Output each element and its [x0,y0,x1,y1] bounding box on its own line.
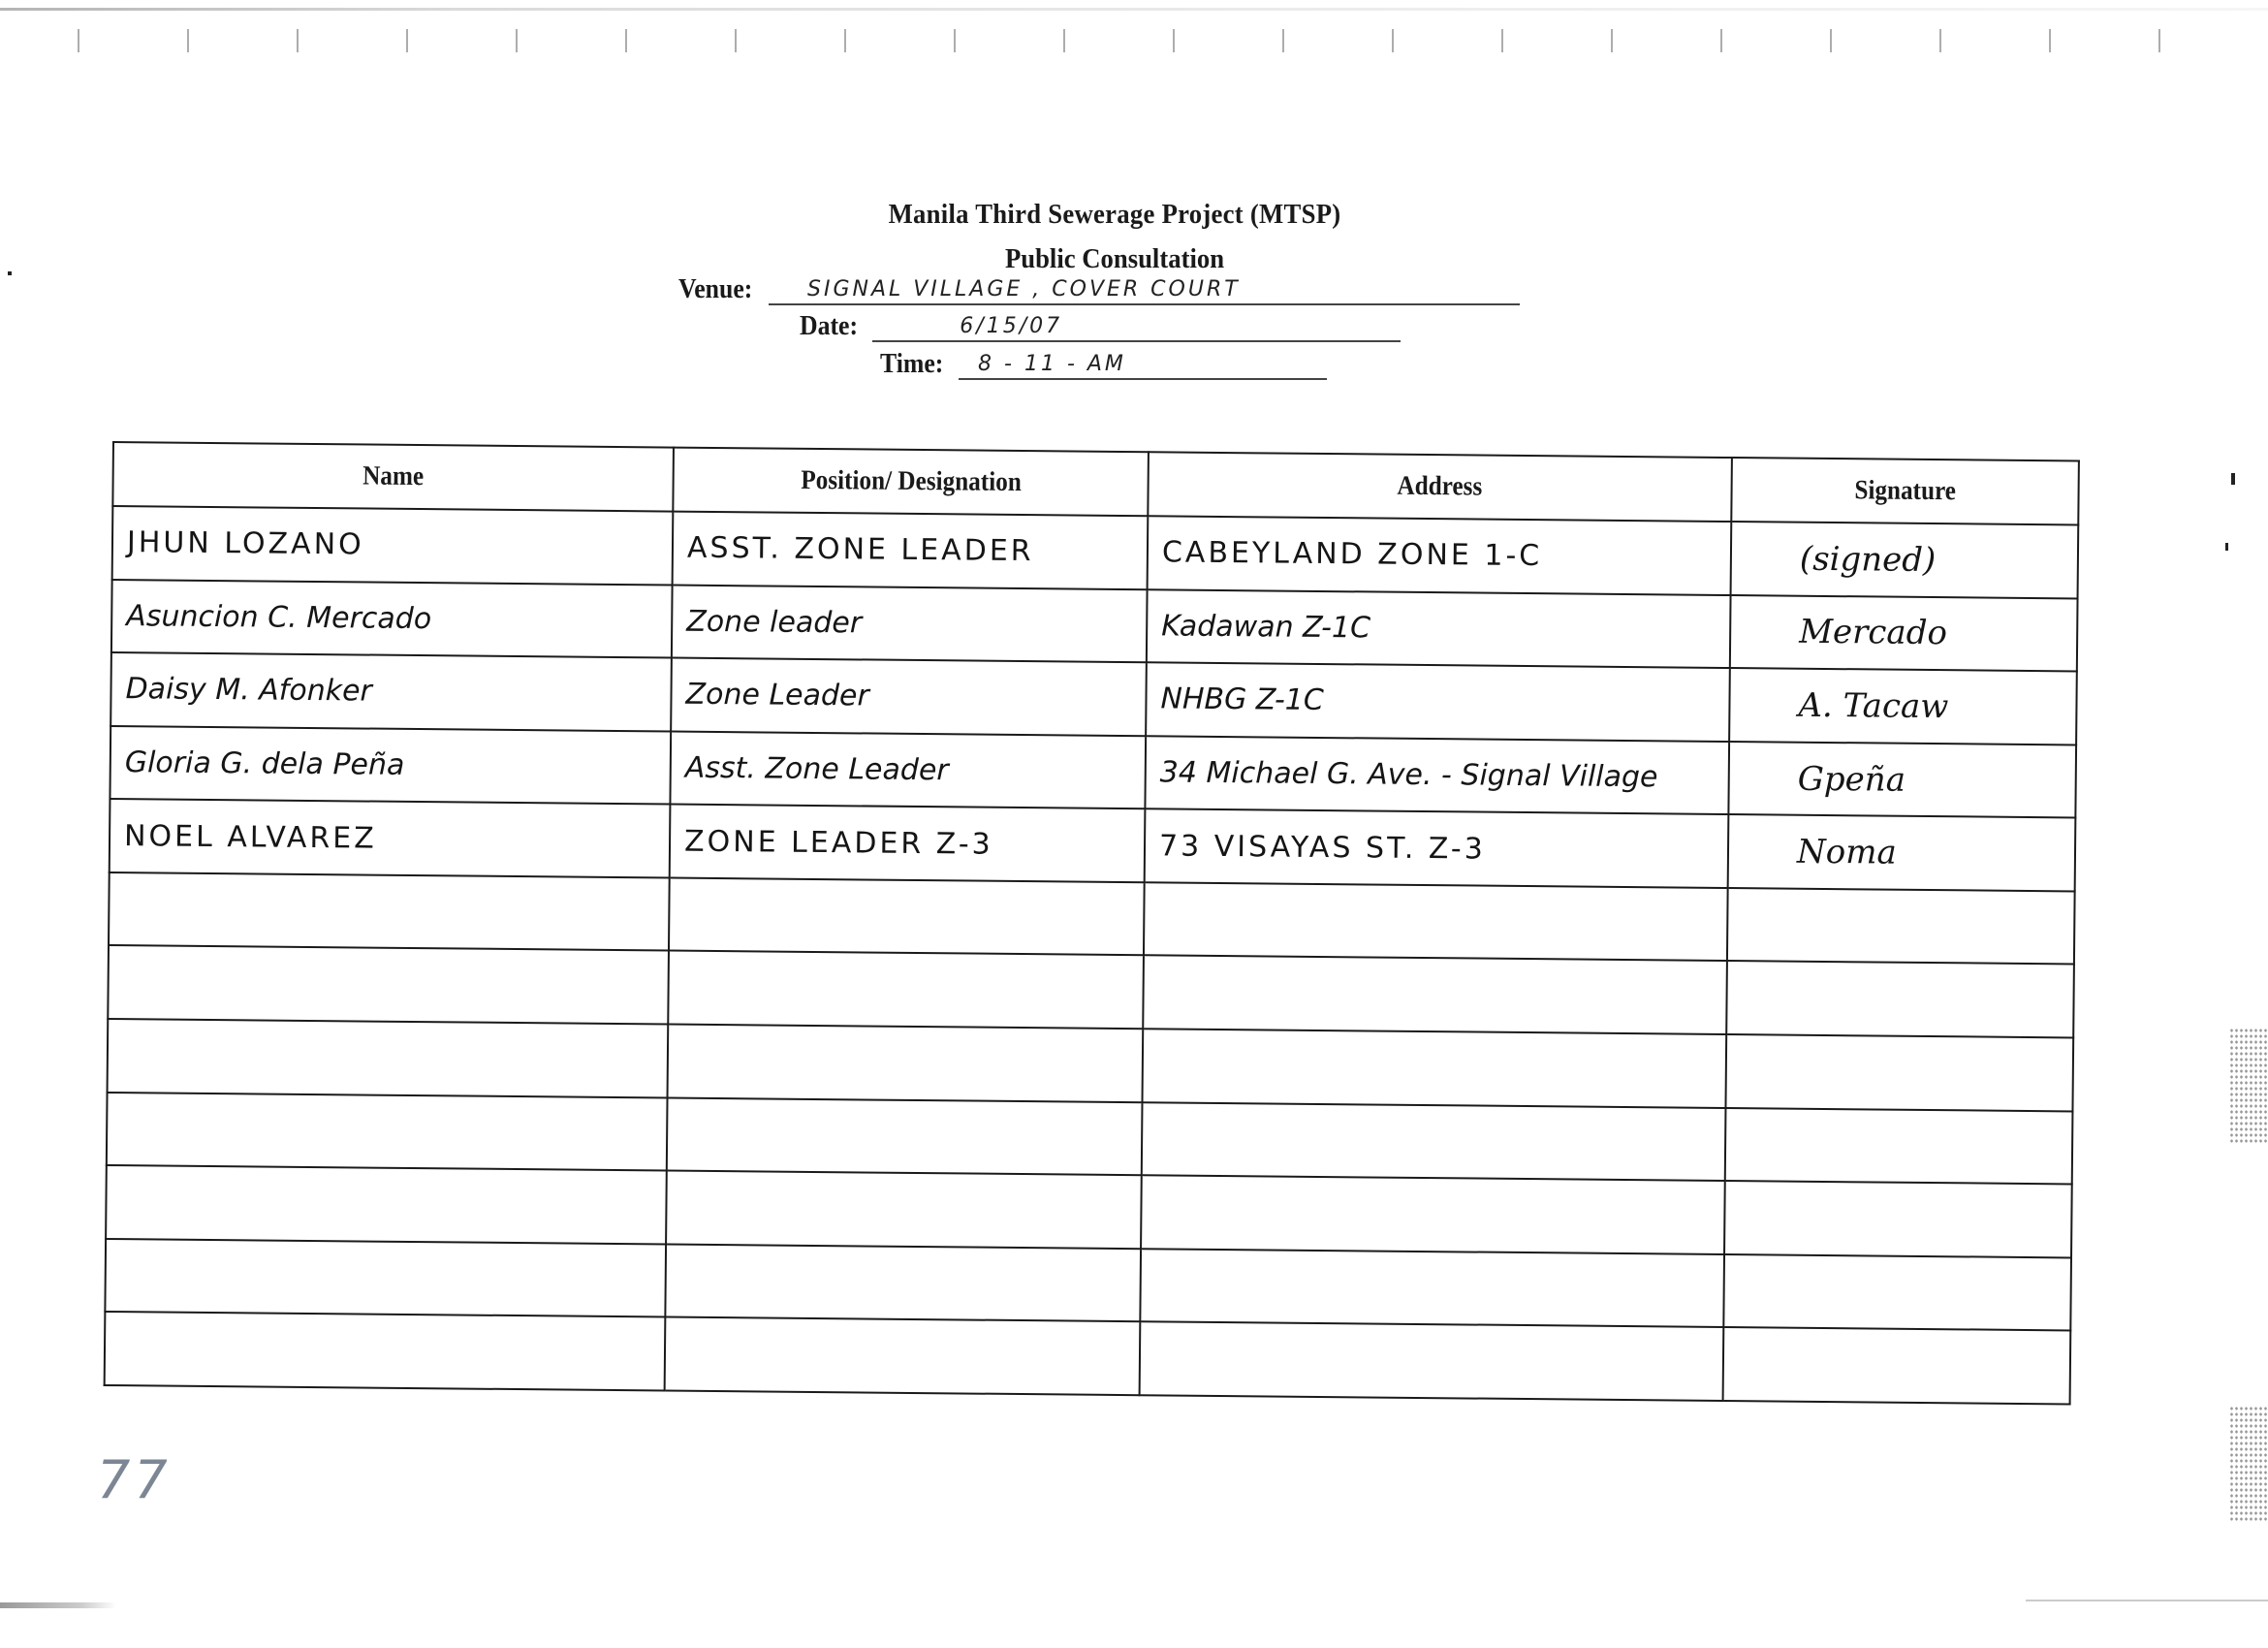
scan-edge-line [2026,1600,2268,1601]
time-field: Time: 8 - 11 - AM [880,349,1327,380]
page-number: 77 [97,1449,172,1510]
scan-speckle [2229,1028,2268,1144]
scan-tick-mark [625,29,627,52]
time-label: Time: [880,349,943,380]
venue-label: Venue: [678,274,752,305]
position-cell [668,1025,1144,1102]
position-cell: Asst. Zone Leader [670,731,1146,808]
date-field: Date: 6/15/07 [800,311,1401,342]
position-cell: ASST. ZONE LEADER [673,512,1149,589]
scan-tick-mark [78,29,79,52]
position-cell: Zone leader [672,585,1148,662]
scan-tick-mark [735,29,737,52]
signature-cell: (signed) [1731,522,2079,598]
name-cell: JHUN LOZANO [112,506,674,585]
name-cell [108,945,669,1024]
position-cell: ZONE LEADER Z-3 [670,805,1146,882]
position-cell: Zone Leader [671,658,1147,736]
address-cell [1140,1249,1724,1327]
name-cell [107,1093,668,1171]
name-cell [106,1165,667,1244]
signature-cell [1724,1181,2072,1257]
address-cell [1144,882,1728,961]
scan-smudge [0,1602,116,1608]
scan-tick-mark [297,29,299,52]
venue-line: SIGNAL VILLAGE , COVER COURT [769,274,1520,305]
signature-cell: A. Tacaw [1729,668,2077,745]
scan-tick-mark [1611,29,1613,52]
scan-mark [2231,473,2235,485]
name-cell: Asuncion C. Mercado [111,580,673,658]
address-cell: CABEYLAND ZONE 1-C [1148,516,1732,594]
scan-tick-mark [1173,29,1175,52]
position-cell [667,1097,1143,1175]
time-line: 8 - 11 - AM [959,349,1327,380]
scan-mark [2225,543,2228,551]
name-cell: NOEL ALVAREZ [110,799,671,877]
scan-tick-mark [516,29,518,52]
address-cell: Kadawan Z-1C [1147,589,1731,668]
scan-tick-mark [1392,29,1394,52]
address-cell [1143,956,1727,1034]
time-value: 8 - 11 - AM [978,352,1126,376]
name-cell: Gloria G. dela Peña [110,726,671,805]
position-cell [665,1317,1141,1395]
signature-cell [1727,888,2075,965]
signature-cell [1725,1108,2073,1185]
address-cell: 73 VISAYAS ST. Z-3 [1145,809,1729,888]
scan-tick-mark [844,29,846,52]
scan-top-edge [0,0,2268,54]
position-cell [665,1244,1141,1321]
scan-tick-mark [1063,29,1065,52]
column-header-address: Address [1148,452,1732,522]
address-cell: NHBG Z-1C [1146,662,1730,741]
name-cell [109,872,670,951]
date-line: 6/15/07 [872,311,1401,342]
scan-tick-mark [1720,29,1722,52]
scan-tick-mark [1282,29,1284,52]
address-cell [1142,1102,1726,1181]
venue-field: Venue: SIGNAL VILLAGE , COVER COURT [678,274,1520,305]
column-header-name: Name [112,442,674,512]
scan-mark [8,271,12,275]
scan-tick-mark [2049,29,2051,52]
signature-cell: Noma [1728,814,2076,891]
address-cell: 34 Michael G. Ave. - Signal Village [1145,736,1729,814]
document-title: Manila Third Sewerage Project (MTSP) [847,199,1382,231]
attendance-table: Name Position/ Designation Address Signa… [104,441,2080,1405]
scan-tick-mark [2158,29,2160,52]
scan-tick-mark [954,29,956,52]
address-cell [1140,1322,1724,1401]
position-cell [666,1171,1142,1249]
attendance-sheet: Name Position/ Designation Address Signa… [104,441,2080,1405]
scan-tick-mark [1939,29,1941,52]
scan-edge-line [0,8,2268,11]
venue-value: SIGNAL VILLAGE , COVER COURT [807,277,1241,301]
scan-tick-mark [406,29,408,52]
scan-tick-mark [1830,29,1832,52]
position-cell [668,951,1144,1029]
address-cell [1141,1175,1725,1253]
column-header-position: Position/ Designation [673,448,1149,517]
scan-tick-mark [187,29,189,52]
scan-tick-mark [1501,29,1503,52]
signature-cell: Gpeña [1728,742,2076,818]
position-cell [669,877,1145,955]
scan-speckle [2229,1406,2268,1522]
signature-cell [1725,1034,2073,1111]
name-cell [105,1312,666,1390]
date-label: Date: [800,311,858,342]
column-header-signature: Signature [1731,458,2079,524]
address-cell [1143,1029,1727,1107]
signature-cell [1726,961,2074,1037]
signature-cell [1723,1327,2071,1404]
name-cell [105,1239,666,1317]
name-cell: Daisy M. Afonker [110,652,672,731]
document-subtitle: Public Consultation [847,243,1382,275]
date-value: 6/15/07 [960,314,1062,338]
name-cell [108,1019,669,1097]
signature-cell [1723,1254,2071,1331]
signature-cell: Mercado [1730,595,2078,672]
